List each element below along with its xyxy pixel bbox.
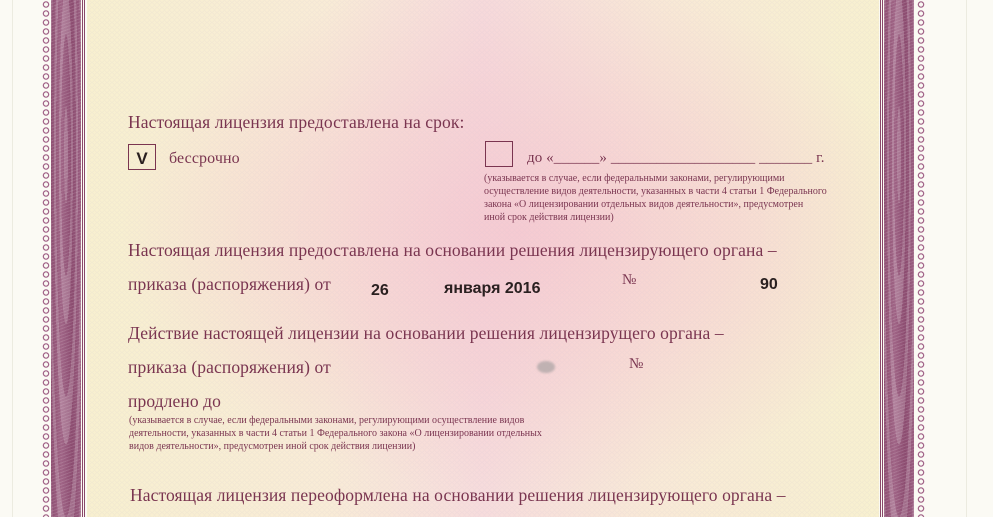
until-date-checkbox[interactable] [485,141,513,167]
granted-order-label: приказа (распоряжения) от [128,274,331,295]
extended-note: (указывается в случае, если федеральными… [129,414,542,453]
right-border-line-inner [880,0,881,517]
extended-note-line: деятельности, указанных в части 4 статьи… [129,427,542,440]
granted-order-month-year: января 2016 [444,280,540,298]
scan-smudge [537,361,555,373]
until-note-line: закона «О лицензировании отдельных видов… [484,198,827,211]
granted-basis-line: Настоящая лицензия предоставлена на осно… [128,240,777,261]
right-lace-border [915,0,927,517]
granted-order-day: 26 [371,282,389,300]
scan-margin-line-left [12,0,13,517]
extended-number-label: № [629,356,643,373]
extended-until-label: продлено до [128,391,221,412]
until-note: (указывается в случае, если федеральными… [484,172,827,224]
granted-number-label: № [622,272,636,289]
reissued-basis-line: Настоящая лицензия переоформлена на осно… [130,485,786,506]
extended-basis-line: Действие настоящей лицензии на основании… [128,323,724,344]
extended-note-line: видов деятельности», предусмотрен иной с… [129,440,542,453]
until-note-line: иной срок действия лицензии) [484,211,827,224]
term-heading: Настоящая лицензия предоставлена на срок… [128,112,464,133]
check-mark: V [129,149,155,169]
extended-order-label: приказа (распоряжения) от [128,357,331,378]
left-border-line-inner [84,0,85,517]
until-date-label: до «______» ___________________ _______ … [527,150,825,167]
right-border-line [882,0,883,517]
indefinite-checkbox[interactable]: V [128,144,156,170]
until-note-line: (указывается в случае, если федеральными… [484,172,827,185]
until-note-line: осуществление видов деятельности, указан… [484,185,827,198]
extended-note-line: (указывается в случае, если федеральными… [129,414,542,427]
scan-margin-line-right [966,0,967,517]
left-guilloche-border [51,0,81,517]
right-guilloche-border [884,0,914,517]
indefinite-label: бессрочно [169,150,240,168]
left-border-line [82,0,83,517]
granted-order-number: 90 [760,276,778,294]
